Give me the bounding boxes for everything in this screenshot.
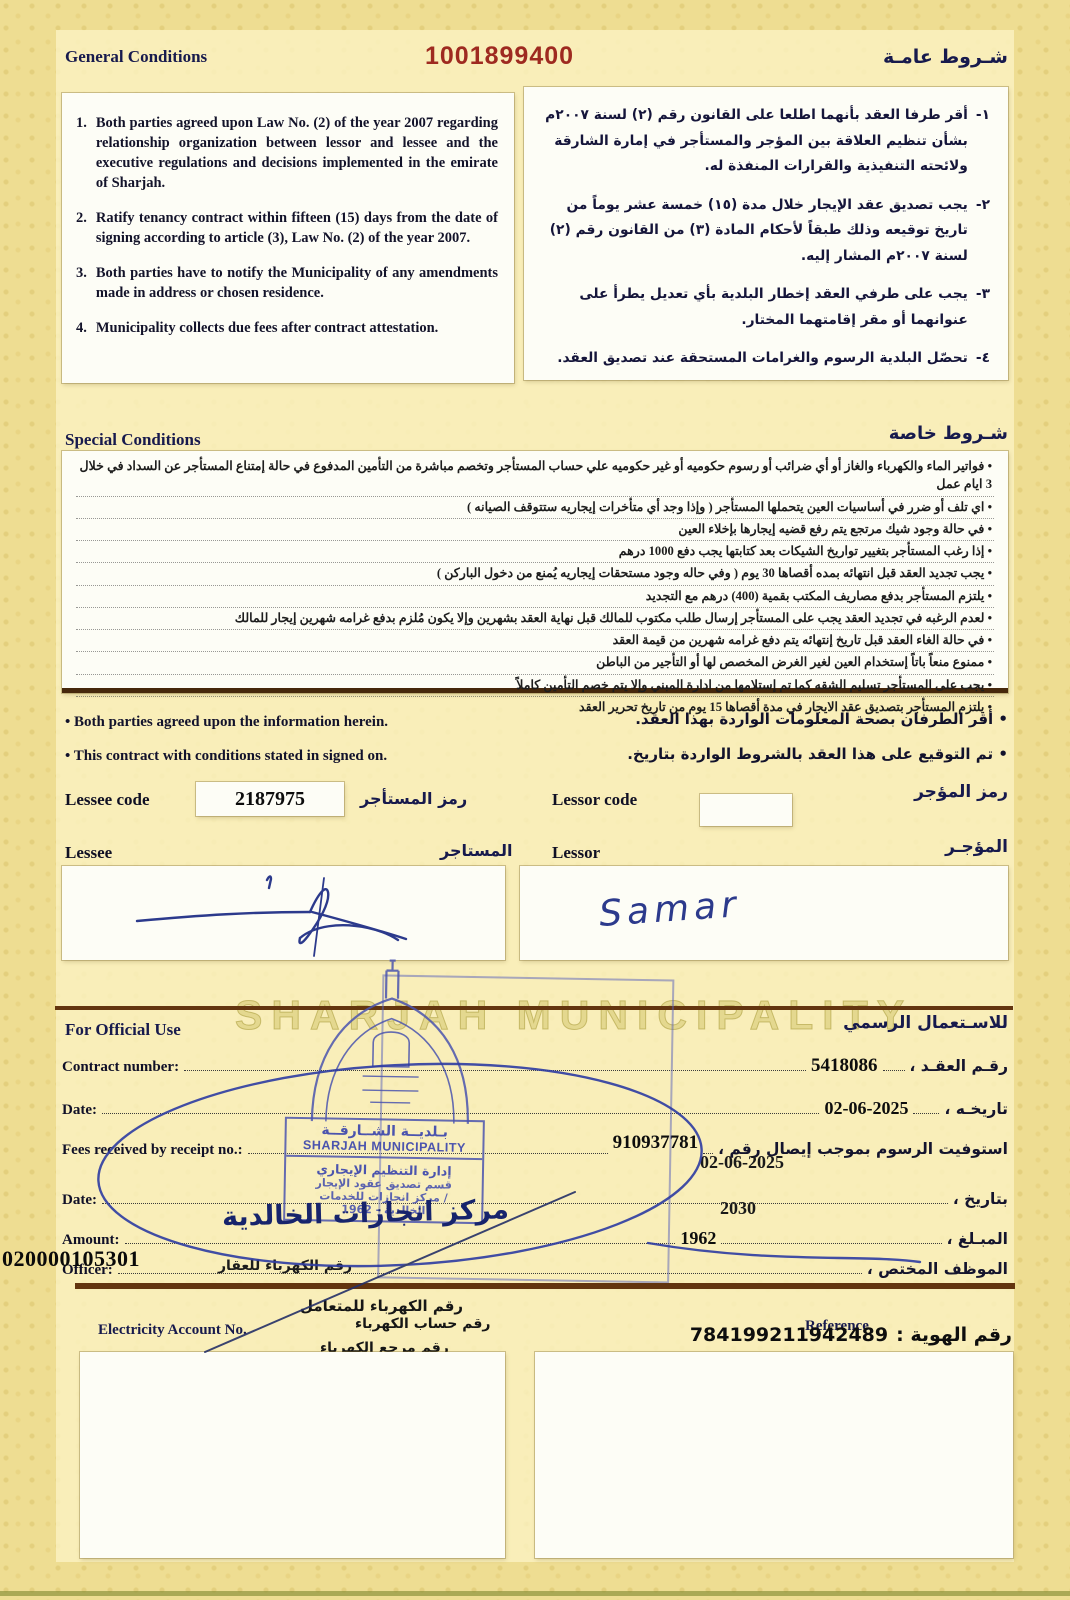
year-value: 2030 [720,1198,756,1219]
page-bottom-edge [0,1591,1070,1596]
special-condition: يجب على المستأجر تسليم الشقه كما تم إستل… [76,675,994,697]
lessor-label: Lessor [552,843,600,863]
lessor-signature-box: Samar [520,866,1008,960]
lessee-signature-box [62,866,505,960]
fees-label-en: Fees received by receipt no.: [62,1142,243,1159]
special-conditions-title-en: Special Conditions [65,430,201,450]
agreement-statement-en-1: Both parties agreed upon the information… [65,714,388,731]
id-number-line: رقم الهوية : 784199211942489 [690,1324,1012,1346]
amount-value: 1962 [680,1228,716,1249]
officer-row: Officer: الموظف المختص ، [62,1260,1008,1279]
contract-number-value: 5418086 [811,1055,878,1077]
lessee-signature [62,866,505,960]
special-condition: اي تلف أو ضرر في أساسيات العين يتحملها ا… [76,497,994,519]
officer-label-ar: الموظف المختص ، [867,1260,1008,1278]
officer-code: 020000105301 [2,1246,140,1272]
lessor-code-label: Lessor code [552,790,637,810]
general-conditions-box-ar: ١-أقر طرفا العقد بأنهما اطلعا على القانو… [524,87,1008,380]
receipt-number-value: 910937781 [613,1132,699,1154]
special-condition: يجب تجديد العقد قبل انتهائه بمده أقصاها … [76,563,994,585]
footer-divider [75,1283,1015,1289]
tenancy-contract-page: General Conditions 1001899400 شـروط عامـ… [0,0,1070,1600]
contract-serial-number: 1001899400 [425,42,574,71]
lessor-code-label-ar: رمز المؤجر [914,782,1008,802]
contract-number-label-en: Contract number: [62,1059,179,1076]
dotted-line [913,1101,939,1114]
general-condition-ar: ١-أقر طرفا العقد بأنهما اطلعا على القانو… [538,103,990,180]
special-conditions-title-ar: شـروط خاصة [889,423,1008,444]
lessee-code-value: 2187975 [235,788,305,811]
lessee-code-label-ar: رمز المستأجر [360,789,467,808]
electricity-account-label-ar: رقم حساب الكهرباء [355,1316,490,1332]
general-condition-en: 1.Both parties agreed upon Law No. (2) o… [76,113,498,193]
dotted-line [184,1058,806,1071]
electricity-account-label: Electricity Account No. [98,1322,247,1339]
general-conditions-title-en: General Conditions [65,47,207,67]
general-conditions-list-en: 1.Both parties agreed upon Law No. (2) o… [76,113,498,338]
general-condition-ar: ٣-يجب على طرفي العقد إخطار البلدية بأي ت… [538,282,990,333]
dotted-line [721,1231,941,1244]
special-condition: لعدم الرغبه في تجديد العقد يجب على المست… [76,608,994,630]
id-number-label-ar: رقم الهوية : [896,1324,1012,1346]
special-condition: ممنوع منعاً باتاً إستخدام العين لغير الغ… [76,652,994,674]
id-number-value: 784199211942489 [690,1324,888,1346]
electricity-property-label-ar: رقم الكهرباء للعقار [218,1258,352,1274]
date-label-ar: تاريخـه ، [944,1100,1008,1118]
lessee-label-ar: المستاجر [440,841,513,860]
lessor-signature: Samar [520,866,1008,960]
dotted-line [102,1101,819,1114]
amount-label-ar: المبـلغ ، [947,1230,1008,1248]
general-conditions-title-ar: شـروط عامـة [883,46,1008,68]
general-condition-en: 3.Both parties have to notify the Munici… [76,263,498,303]
special-condition: إذا رغب المستأجر بتغيير تواريخ الشيكات ب… [76,541,994,563]
reference-box [535,1352,1013,1558]
special-condition: في حالة الغاء العقد قبل تاريخ إنتهائه يت… [76,630,994,652]
agreement-statement-en-2: This contract with conditions stated in … [65,748,387,765]
date-label-en: Date: [62,1102,97,1119]
contract-date-row: Date: 02-06-2025 تاريخـه ، [62,1098,1008,1119]
contract-number-row: Contract number: 5418086 رقـم العقـد ، [62,1055,1008,1077]
fees-receipt-row: Fees received by receipt no.: 910937781 … [62,1138,1008,1160]
section-divider [55,1006,1013,1010]
official-use-title-ar: للاسـتعمال الرسمي [843,1013,1008,1033]
special-condition: في حالة وجود شيك مرتجع يتم رفع قضيه إيجا… [76,519,994,541]
dotted-line [883,1058,905,1071]
receipt-date-value: 02-06-2025 [700,1152,784,1173]
contract-date-value: 02-06-2025 [824,1098,908,1119]
lessor-label-ar: المؤجـر [945,837,1008,857]
special-conditions-list: فواتير الماء والكهرباء والغاز أو أي ضرائ… [70,456,1000,718]
special-condition: فواتير الماء والكهرباء والغاز أو أي ضرائ… [76,456,994,497]
lessee-code-label: Lessee code [65,790,150,810]
date2-label-en: Date: [62,1192,97,1209]
lessee-label: Lessee [65,843,112,863]
general-condition-en: 2.Ratify tenancy contract within fifteen… [76,208,498,248]
dotted-line [125,1231,676,1244]
agreement-statement-ar-2: تم التوقيع على هذا العقد بالشروط الواردة… [627,745,1008,763]
special-conditions-box: فواتير الماء والكهرباء والغاز أو أي ضرائ… [62,451,1008,693]
lessee-code-field: 2187975 [196,782,344,816]
general-conditions-list-ar: ١-أقر طرفا العقد بأنهما اطلعا على القانو… [538,103,990,372]
official-use-title-en: For Official Use [65,1020,181,1040]
special-condition: يلتزم المستأجر بدفع مصاريف المكتب بقمية … [76,586,994,608]
general-condition-ar: ٢-يجب تصديق عقد الإيجار خلال مدة (١٥) خم… [538,193,990,270]
date2-label-ar: بتاريخ ، [953,1190,1008,1208]
lessor-code-field [700,794,792,826]
receipt-date-row: Date: بتاريخ ، [62,1190,1008,1209]
sharjah-municipality-watermark: SHARJAH MUNICIPALITY [235,992,913,1039]
general-condition-ar: ٤-تحصّل البلدية الرسوم والغرامات المستحق… [538,346,990,372]
general-condition-en: 4.Municipality collects due fees after c… [76,318,498,338]
general-conditions-box-en: 1.Both parties agreed upon Law No. (2) o… [62,93,514,383]
dotted-line [248,1141,608,1154]
electricity-customer-label-ar: رقم الكهرباء للمتعامل [300,1297,463,1315]
svg-text:Samar: Samar [598,884,742,935]
amount-row: Amount: 1962 المبـلغ ، [62,1228,1008,1249]
contract-number-label-ar: رقـم العقـد ، [910,1057,1009,1075]
agreement-statement-ar-1: أقر الطرفان بصحة المعلومات الواردة بهذا … [635,710,1008,728]
electricity-account-box [80,1352,505,1558]
